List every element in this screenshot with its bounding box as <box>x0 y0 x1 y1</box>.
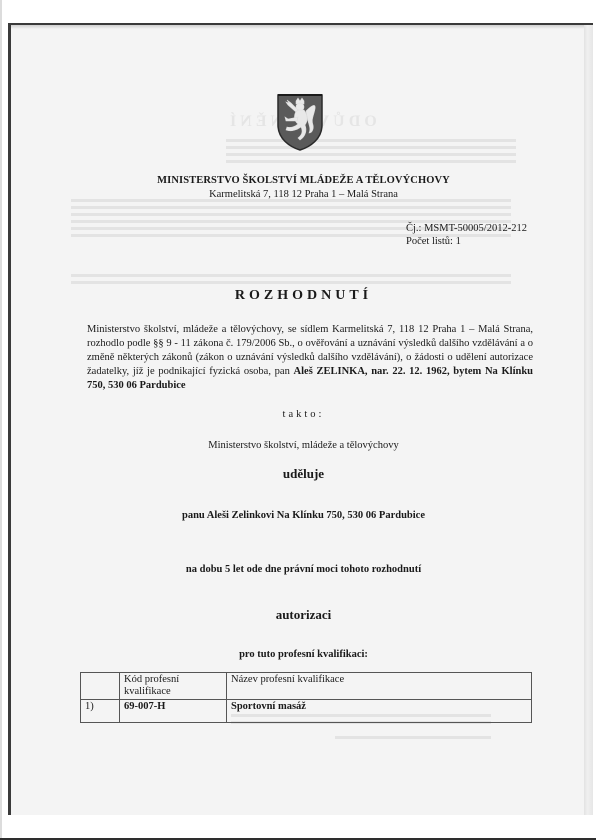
ministry-name-repeat: Ministerstvo školství, mládeže a tělovýc… <box>11 440 593 451</box>
document-viewer: ODŮVODNĚNÍ MINISTERSTV <box>0 0 596 840</box>
qualification-intro: pro tuto profesní kvalifikaci: <box>11 649 593 660</box>
recipient: panu Aleši Zelinkovi Na Klínku 750, 530 … <box>11 510 593 521</box>
document-title: ROZHODNUTÍ <box>11 288 593 304</box>
table-cell-number: 1) <box>81 700 120 723</box>
ministry-name: MINISTERSTVO ŠKOLSTVÍ MLÁDEŽE A TĚLOVÝCH… <box>11 175 593 186</box>
table-header-cell: Kód profesní kvalifikace <box>120 673 227 700</box>
coat-of-arms-icon <box>276 93 324 151</box>
decision-body: Ministerstvo školství, mládeže a tělovýc… <box>87 323 533 393</box>
table-cell-name: Sportovní masáž <box>227 700 532 723</box>
table-header-row: Kód profesní kvalifikace Název profesní … <box>81 673 532 700</box>
qualification-table: Kód profesní kvalifikace Název profesní … <box>80 672 532 723</box>
table-cell-code: 69-007-H <box>120 700 227 723</box>
scanned-page: ODŮVODNĚNÍ MINISTERSTV <box>8 23 593 815</box>
takto-label: takto: <box>11 409 593 420</box>
authorization-label: autorizaci <box>11 607 593 623</box>
ministry-address: Karmelitská 7, 118 12 Praha 1 – Malá Str… <box>11 189 593 200</box>
sheet-count: Počet listů: 1 <box>406 235 527 248</box>
table-row: 1) 69-007-H Sportovní masáž <box>81 700 532 723</box>
validity-duration: na dobu 5 let ode dne právní moci tohoto… <box>11 564 593 575</box>
reference-block: Čj.: MSMT-50005/2012-212 Počet listů: 1 <box>406 222 527 248</box>
viewer-left-border <box>0 0 2 838</box>
grants-verb: uděluje <box>11 466 593 482</box>
table-header-cell: Název profesní kvalifikace <box>227 673 532 700</box>
table-header-cell <box>81 673 120 700</box>
reference-number: Čj.: MSMT-50005/2012-212 <box>406 222 527 235</box>
page-top-shadow <box>11 25 593 29</box>
